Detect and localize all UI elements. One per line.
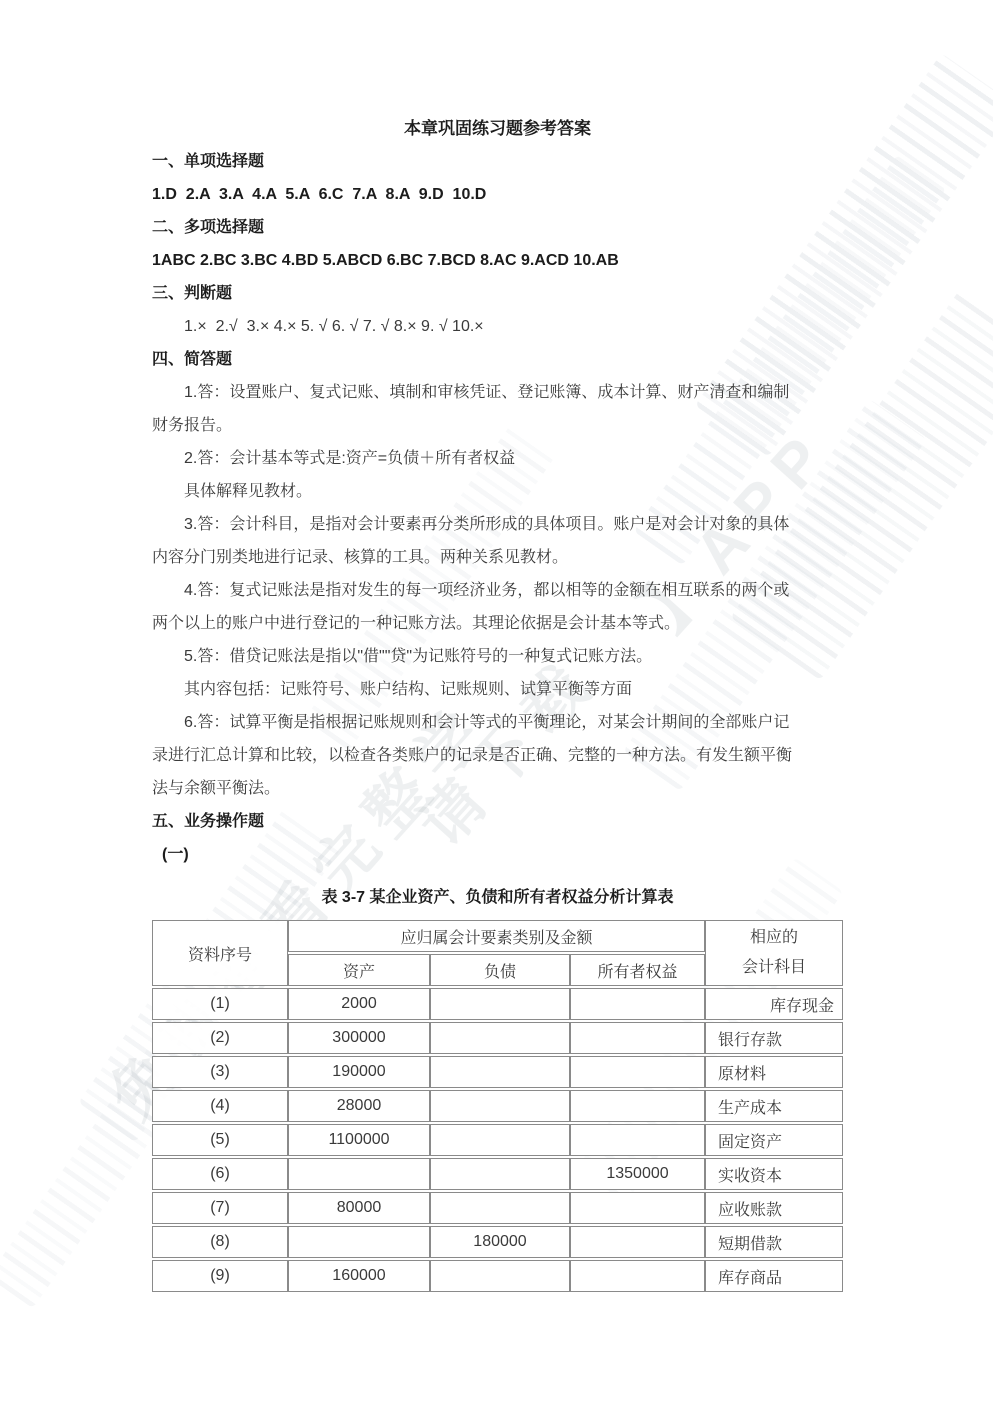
cell-equity xyxy=(570,1056,705,1088)
cell-account: 库存现金 xyxy=(705,988,843,1020)
text-line: 其内容包括：记账符号、账户结构、记账规则、试算平衡等方面 xyxy=(152,673,843,706)
table-title: 表 3-7 某企业资产、负债和所有者权益分析计算表 xyxy=(152,885,843,911)
cell-seq: (8) xyxy=(152,1226,288,1258)
cell-seq: (7) xyxy=(152,1192,288,1224)
cell-account: 应收账款 xyxy=(705,1192,843,1224)
cell-asset: 2000 xyxy=(288,988,430,1020)
table-row: (5)1100000固定资产 xyxy=(152,1124,843,1156)
cell-account: 银行存款 xyxy=(705,1022,843,1054)
header-asset: 资产 xyxy=(288,954,430,986)
cell-account: 原材料 xyxy=(705,1056,843,1088)
text-line: 五、业务操作题 xyxy=(152,805,843,838)
text-line: 1ABC 2.BC 3.BC 4.BD 5.ABCD 6.BC 7.BCD 8.… xyxy=(152,244,843,277)
text-line: 具体解释见教材。 xyxy=(152,475,843,508)
header-account-line1: 相应的 xyxy=(706,923,842,953)
cell-seq: (4) xyxy=(152,1090,288,1122)
table-row: (7)80000应收账款 xyxy=(152,1192,843,1224)
cell-asset: 300000 xyxy=(288,1022,430,1054)
cell-liability xyxy=(430,1022,570,1054)
cell-seq: (5) xyxy=(152,1124,288,1156)
cell-asset: 190000 xyxy=(288,1056,430,1088)
header-account: 相应的 会计科目 xyxy=(705,920,843,986)
cell-equity xyxy=(570,1192,705,1224)
analysis-table: 资料序号 应归属会计要素类别及金额 相应的 会计科目 资产 负债 所有者权益 (… xyxy=(152,918,843,1294)
cell-seq: (9) xyxy=(152,1260,288,1292)
text-line: 一、单项选择题 xyxy=(152,145,843,178)
table-row: (1)2000库存现金 xyxy=(152,988,843,1020)
text-line: 3.答：会计科目，是指对会计要素再分类所形成的具体项目。账户是对会计对象的具体 xyxy=(152,508,843,541)
table-row: (9)160000库存商品 xyxy=(152,1260,843,1292)
table-body: (1)2000库存现金(2)300000银行存款(3)190000原材料(4)2… xyxy=(152,988,843,1292)
cell-liability xyxy=(430,1192,570,1224)
text-line: 1.答：设置账户、复式记账、填制和审核凭证、登记账簿、成本计算、财产清查和编制 xyxy=(152,376,843,409)
header-account-line2: 会计科目 xyxy=(706,953,842,983)
cell-asset xyxy=(288,1226,430,1258)
cell-seq: (3) xyxy=(152,1056,288,1088)
text-line: 6.答：试算平衡是指根据记账规则和会计等式的平衡理论，对某会计期间的全部账户记 xyxy=(152,706,843,739)
text-line: 2.答：会计基本等式是:资产=负债＋所有者权益 xyxy=(152,442,843,475)
header-span: 应归属会计要素类别及金额 xyxy=(288,920,705,952)
table-header: 资料序号 应归属会计要素类别及金额 相应的 会计科目 资产 负债 所有者权益 xyxy=(152,920,843,986)
document-page: 免费查看完整学 请下载 】APP 本章巩固练习题参考答案 一、单项选择题1.D … xyxy=(0,0,993,1404)
cell-equity xyxy=(570,1022,705,1054)
header-liability: 负债 xyxy=(430,954,570,986)
text-line: 1.× 2.√ 3.× 4.× 5. √ 6. √ 7. √ 8.× 9. √ … xyxy=(152,310,843,343)
cell-liability xyxy=(430,988,570,1020)
text-line: 四、简答题 xyxy=(152,343,843,376)
text-line: 内容分门别类地进行记录、核算的工具。两种关系见教材。 xyxy=(152,541,843,574)
document-flow: 一、单项选择题1.D 2.A 3.A 4.A 5.A 6.C 7.A 8.A 9… xyxy=(152,145,843,871)
table-row: (8)180000短期借款 xyxy=(152,1226,843,1258)
cell-equity xyxy=(570,988,705,1020)
text-line: 二、多项选择题 xyxy=(152,211,843,244)
table-block: 表 3-7 某企业资产、负债和所有者权益分析计算表 资料序号 应归属会计要素类别… xyxy=(152,885,843,1294)
document-content: 本章巩固练习题参考答案 一、单项选择题1.D 2.A 3.A 4.A 5.A 6… xyxy=(152,112,843,1294)
text-line: 财务报告。 xyxy=(152,409,843,442)
cell-seq: (6) xyxy=(152,1158,288,1190)
table-row: (3)190000原材料 xyxy=(152,1056,843,1088)
cell-asset: 1100000 xyxy=(288,1124,430,1156)
text-line: 录进行汇总计算和比较，以检查各类账户的记录是否正确、完整的一种方法。有发生额平衡 xyxy=(152,739,843,772)
cell-account: 生产成本 xyxy=(705,1090,843,1122)
cell-liability xyxy=(430,1158,570,1190)
header-equity: 所有者权益 xyxy=(570,954,705,986)
cell-seq: (1) xyxy=(152,988,288,1020)
page-title: 本章巩固练习题参考答案 xyxy=(152,112,843,145)
cell-liability xyxy=(430,1090,570,1122)
text-line: 1.D 2.A 3.A 4.A 5.A 6.C 7.A 8.A 9.D 10.D xyxy=(152,178,843,211)
cell-asset: 80000 xyxy=(288,1192,430,1224)
cell-liability: 180000 xyxy=(430,1226,570,1258)
text-line: (一) xyxy=(152,838,843,871)
cell-account: 库存商品 xyxy=(705,1260,843,1292)
cell-asset: 28000 xyxy=(288,1090,430,1122)
cell-equity xyxy=(570,1124,705,1156)
cell-asset xyxy=(288,1158,430,1190)
cell-liability xyxy=(430,1124,570,1156)
text-line: 三、判断题 xyxy=(152,277,843,310)
cell-equity xyxy=(570,1090,705,1122)
table-row: (2)300000银行存款 xyxy=(152,1022,843,1054)
cell-equity xyxy=(570,1226,705,1258)
cell-account: 固定资产 xyxy=(705,1124,843,1156)
table-row: (6)1350000实收资本 xyxy=(152,1158,843,1190)
cell-account: 实收资本 xyxy=(705,1158,843,1190)
cell-equity: 1350000 xyxy=(570,1158,705,1190)
header-seq: 资料序号 xyxy=(152,920,288,986)
text-line: 法与余额平衡法。 xyxy=(152,772,843,805)
cell-asset: 160000 xyxy=(288,1260,430,1292)
cell-liability xyxy=(430,1260,570,1292)
cell-liability xyxy=(430,1056,570,1088)
cell-equity xyxy=(570,1260,705,1292)
text-line: 5.答：借贷记账法是指以"借""贷"为记账符号的一种复式记账方法。 xyxy=(152,640,843,673)
text-line: 两个以上的账户中进行登记的一种记账方法。其理论依据是会计基本等式。 xyxy=(152,607,843,640)
cell-account: 短期借款 xyxy=(705,1226,843,1258)
cell-seq: (2) xyxy=(152,1022,288,1054)
text-line: 4.答：复式记账法是指对发生的每一项经济业务，都以相等的金额在相互联系的两个或 xyxy=(152,574,843,607)
table-row: (4)28000生产成本 xyxy=(152,1090,843,1122)
